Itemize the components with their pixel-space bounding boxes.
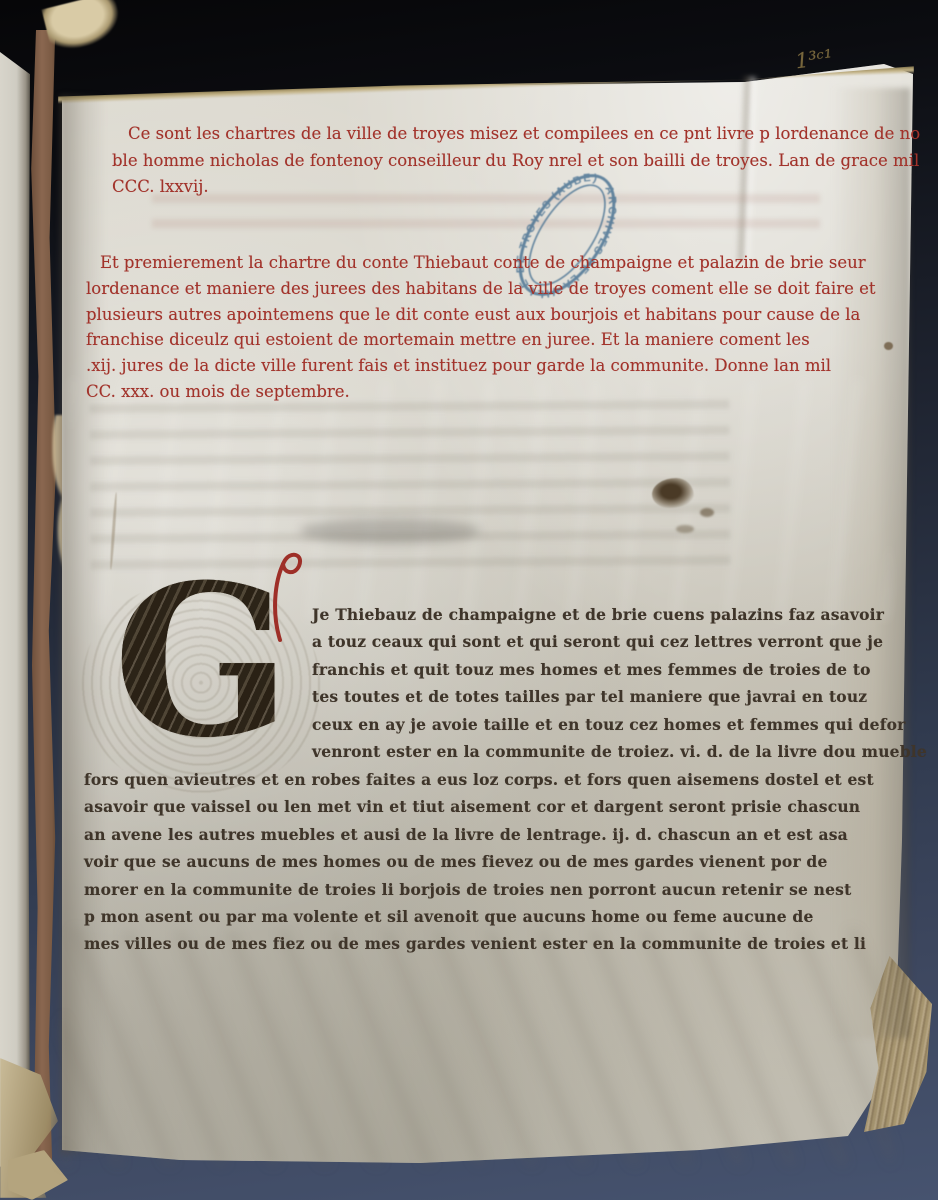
rubric-compilation-note: Ce sont les chartres de la ville de troy… <box>112 121 828 201</box>
manuscript-photo: { "colors": { "background_top": "#070709… <box>0 0 938 1200</box>
body-text-line: franchis et quit touz mes homes et mes f… <box>312 656 868 683</box>
charter-text-full-width: fors quen avieutres et en robes faites a… <box>84 766 870 958</box>
rubric-line: CCC. lxxvij. <box>112 174 828 201</box>
rubricated-flourish-icon <box>260 548 308 644</box>
previous-page-edge <box>0 52 30 1167</box>
rubric-line: ble homme nicholas de fontenoy conseille… <box>112 148 828 175</box>
rubric-line: franchise diceulz qui estoient de mortem… <box>86 327 870 353</box>
rubric-line: plusieurs autres apointemens que le dit … <box>86 302 870 328</box>
rubric-line: Et premierement la chartre du conte Thie… <box>86 250 870 276</box>
body-text-line: tes toutes et de totes tailles par tel m… <box>312 683 868 710</box>
rubric-line: .xij. jures de la dicte ville furent fai… <box>86 353 870 379</box>
body-text-line: venront ester en la communite de troiez.… <box>312 738 868 765</box>
body-text-line: fors quen avieutres et en robes faites a… <box>84 766 870 793</box>
body-text-line: voir que se aucuns de mes homes ou de me… <box>84 848 870 875</box>
charter-text-beside-initial: Je Thiebauz de champaigne et de brie cue… <box>312 601 868 765</box>
ink-stain <box>884 342 893 350</box>
rubric-line: Ce sont les chartres de la ville de troy… <box>112 121 828 148</box>
ink-stain <box>652 478 694 508</box>
body-text-line: Je Thiebauz de champaigne et de brie cue… <box>312 601 868 628</box>
ink-stain <box>676 525 694 533</box>
ink-stain <box>700 508 714 517</box>
body-text-line: a touz ceaux qui sont et qui seront qui … <box>312 628 868 655</box>
rubric-line: lordenance et maniere des jurees des hab… <box>86 276 870 302</box>
rubric-line: CC. xxx. ou mois de septembre. <box>86 379 870 405</box>
body-text-line: mes villes ou de mes fiez ou de mes gard… <box>84 930 870 957</box>
body-text-line: morer en la communite de troies li borjo… <box>84 876 870 903</box>
rubric-charter-heading: Et premierement la chartre du conte Thie… <box>86 250 870 405</box>
binding-scrap <box>8 1150 68 1200</box>
body-text-line: asavoir que vaissel ou len met vin et ti… <box>84 793 870 820</box>
photo-scene: 1³ᶜ¹ Ce sont les chartres de la ville de… <box>0 0 938 1200</box>
body-text-line: ceux en ay je avoie taille et en touz ce… <box>312 711 868 738</box>
body-text-line: p mon asent ou par ma volente et sil ave… <box>84 903 870 930</box>
ink-smudge <box>300 518 480 544</box>
body-text-line: an avene les autres muebles et ausi de l… <box>84 821 870 848</box>
binding-strap <box>24 30 64 1185</box>
parchment-tab <box>42 0 125 54</box>
bleedthrough-text <box>152 194 820 244</box>
